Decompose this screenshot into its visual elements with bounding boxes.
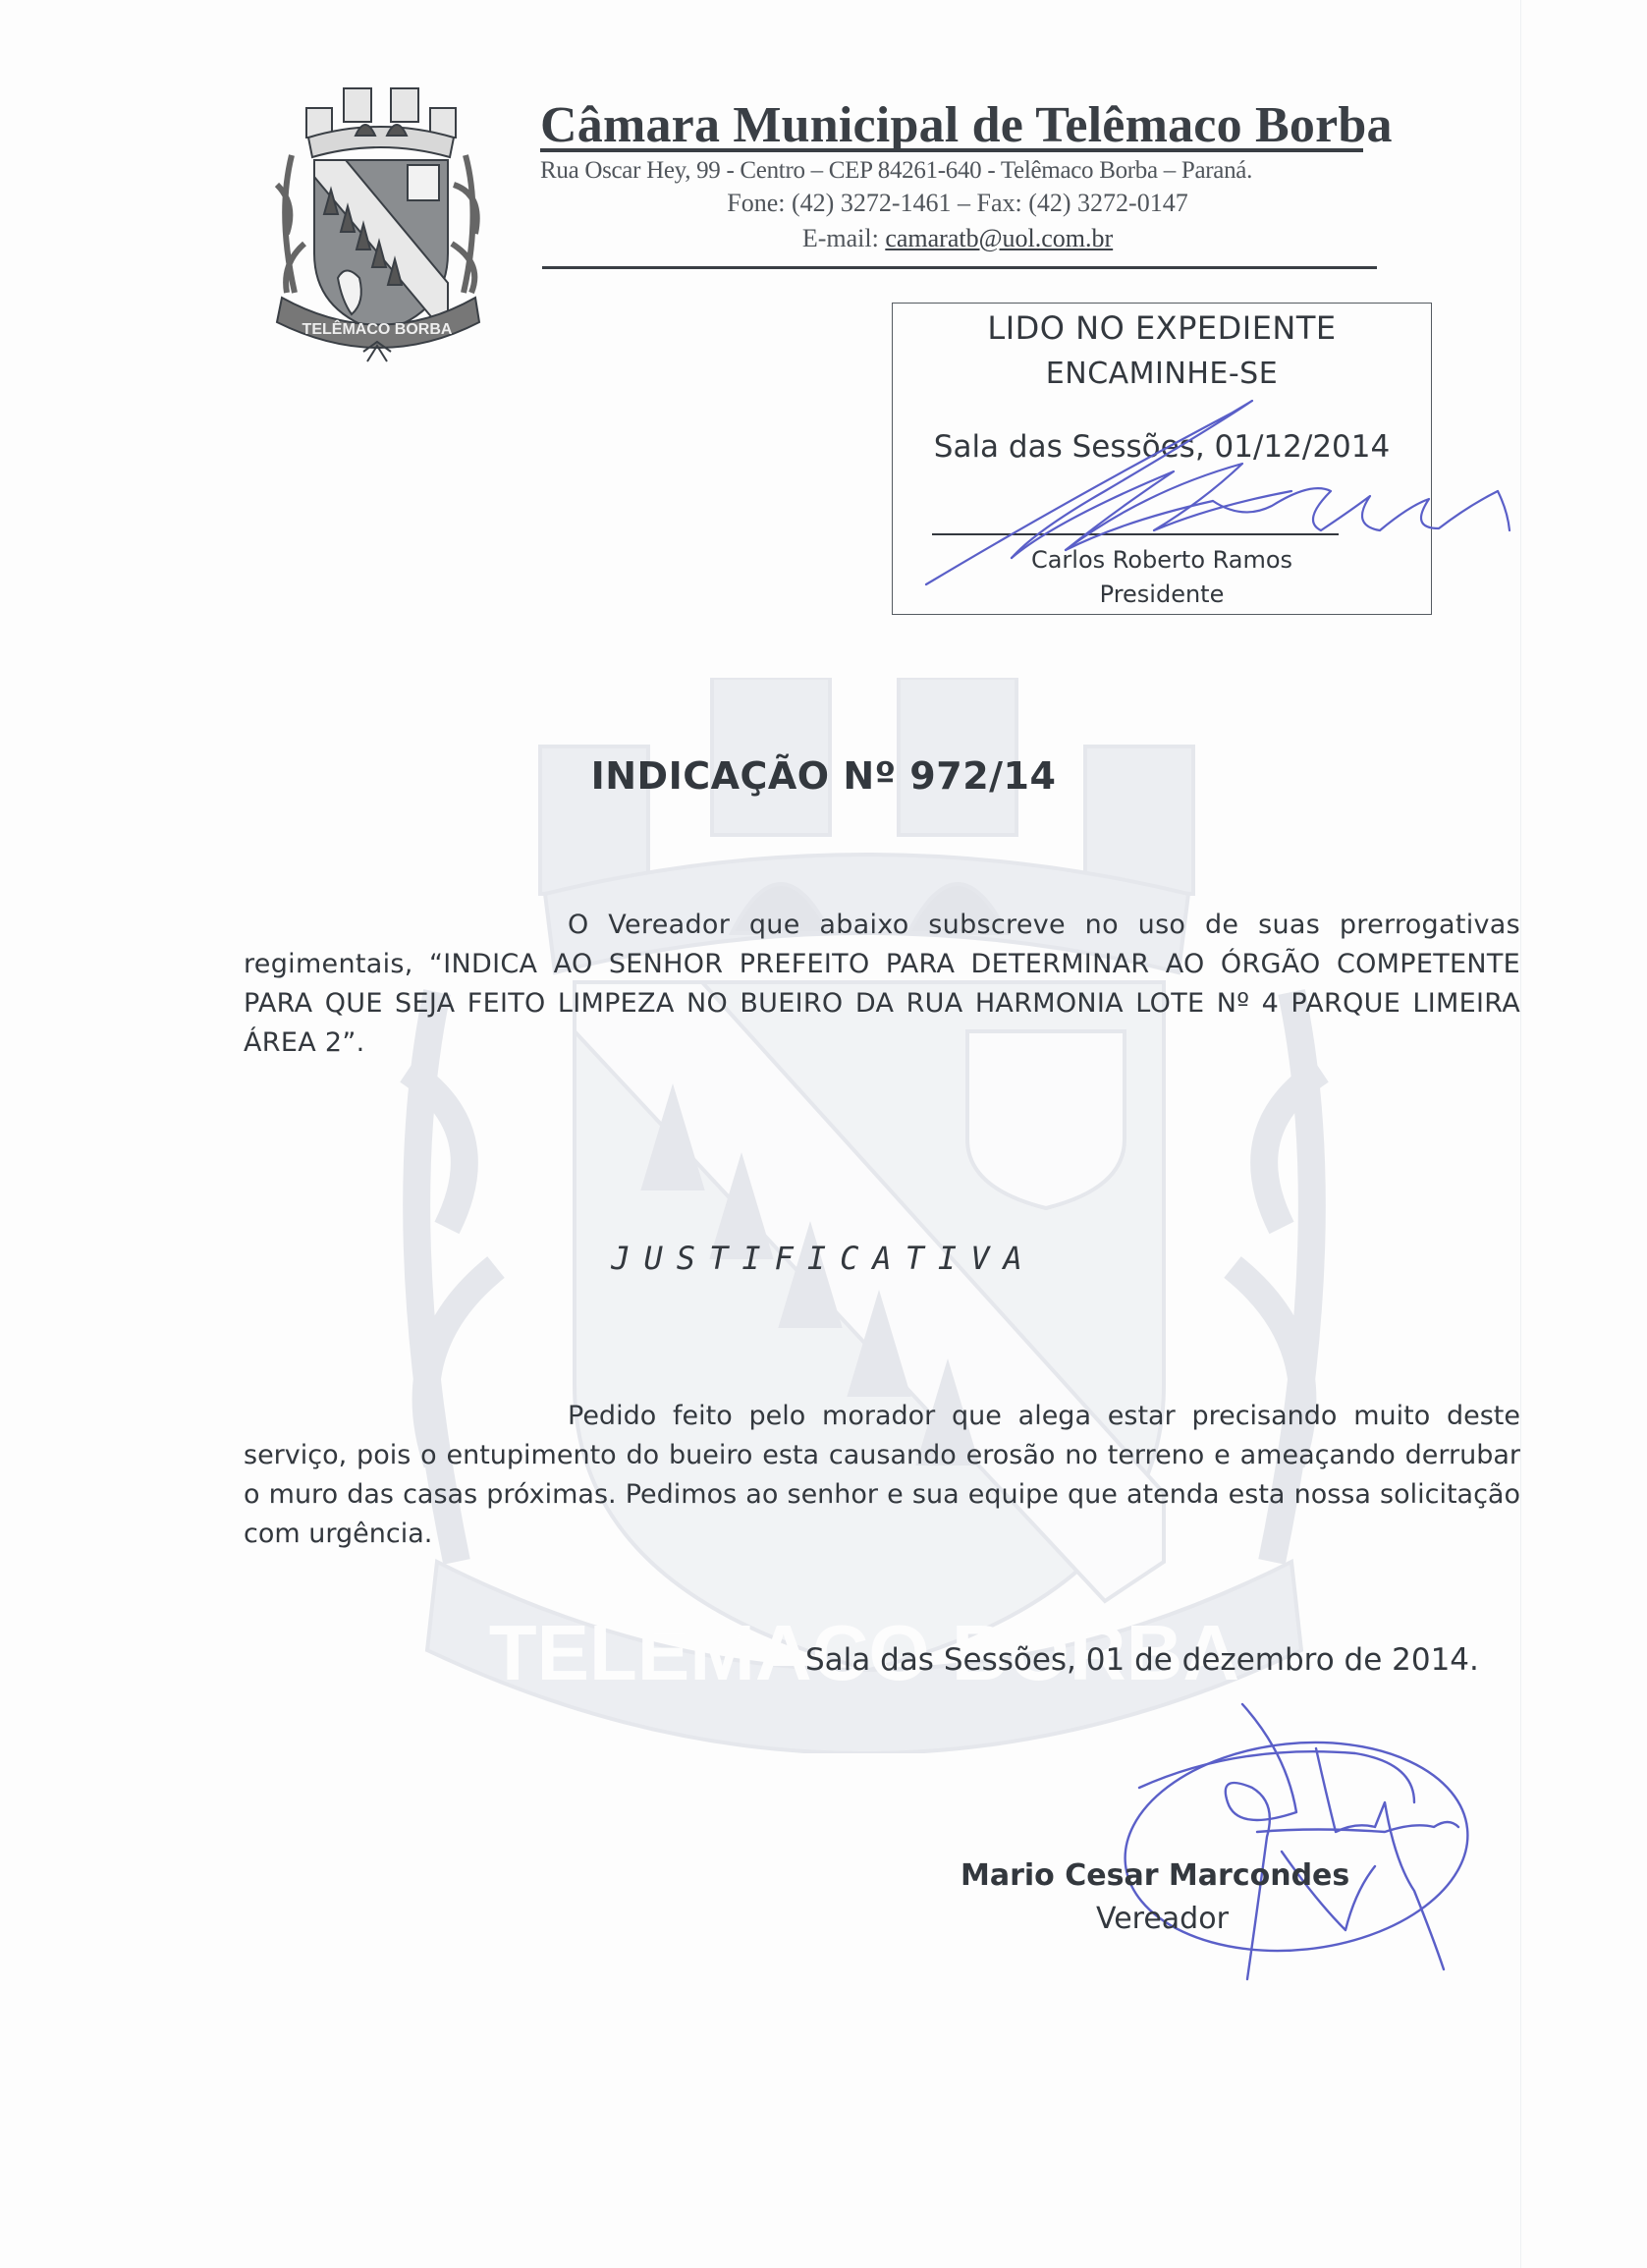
institution-title: Câmara Municipal de Telêmaco Borba bbox=[540, 98, 1375, 153]
signer-name: Mario Cesar Marcondes bbox=[961, 1858, 1349, 1893]
stamp-signer: Carlos Roberto Ramos bbox=[893, 546, 1431, 574]
justification-paragraph: Pedido feito pelo morador que alega esta… bbox=[244, 1397, 1520, 1554]
institution-phone: Fone: (42) 3272-1461 – Fax: (42) 3272-01… bbox=[540, 189, 1375, 218]
indication-text: O Vereador que abaixo subscreve no uso d… bbox=[244, 910, 1520, 1058]
email-link[interactable]: camaratb@uol.com.br bbox=[885, 224, 1113, 252]
received-stamp: LIDO NO EXPEDIENTE ENCAMINHE-SE Sala das… bbox=[892, 303, 1432, 615]
svg-text:TELÊMACO BORBA: TELÊMACO BORBA bbox=[302, 319, 453, 338]
email-label: E-mail: bbox=[802, 224, 885, 252]
institution-email-line: E-mail: camaratb@uol.com.br bbox=[540, 224, 1375, 253]
stamp-action: ENCAMINHE-SE bbox=[893, 357, 1431, 391]
justification-text: Pedido feito pelo morador que alega esta… bbox=[244, 1401, 1520, 1549]
session-date-line: Sala das Sessões, 01 de dezembro de 2014… bbox=[805, 1642, 1479, 1678]
stamp-date: Sala das Sessões, 01/12/2014 bbox=[893, 429, 1431, 465]
signer-role: Vereador bbox=[1096, 1902, 1229, 1936]
document-page: TELÊMACO BORBA Câmara Municipal de Telêm… bbox=[0, 0, 1647, 2268]
scan-edge-line bbox=[1520, 0, 1521, 2268]
indication-paragraph: O Vereador que abaixo subscreve no uso d… bbox=[244, 906, 1520, 1063]
municipal-coat-of-arms-icon: TELÊMACO BORBA bbox=[257, 67, 498, 366]
coat-of-arms-watermark-icon: TELÊMACO BORBA bbox=[378, 678, 1350, 1753]
stamp-status: LIDO NO EXPEDIENTE bbox=[893, 309, 1431, 347]
stamp-signature-line bbox=[932, 533, 1339, 535]
header-divider bbox=[542, 266, 1377, 269]
institution-address: Rua Oscar Hey, 99 - Centro – CEP 84261-6… bbox=[540, 157, 1375, 185]
justification-heading: JUSTIFICATIVA bbox=[0, 1240, 1647, 1277]
stamp-signer-role: Presidente bbox=[893, 581, 1431, 608]
title-underline bbox=[540, 148, 1363, 152]
vereador-signature-icon bbox=[1061, 1694, 1473, 1999]
document-title: INDICAÇÃO Nº 972/14 bbox=[0, 754, 1647, 798]
